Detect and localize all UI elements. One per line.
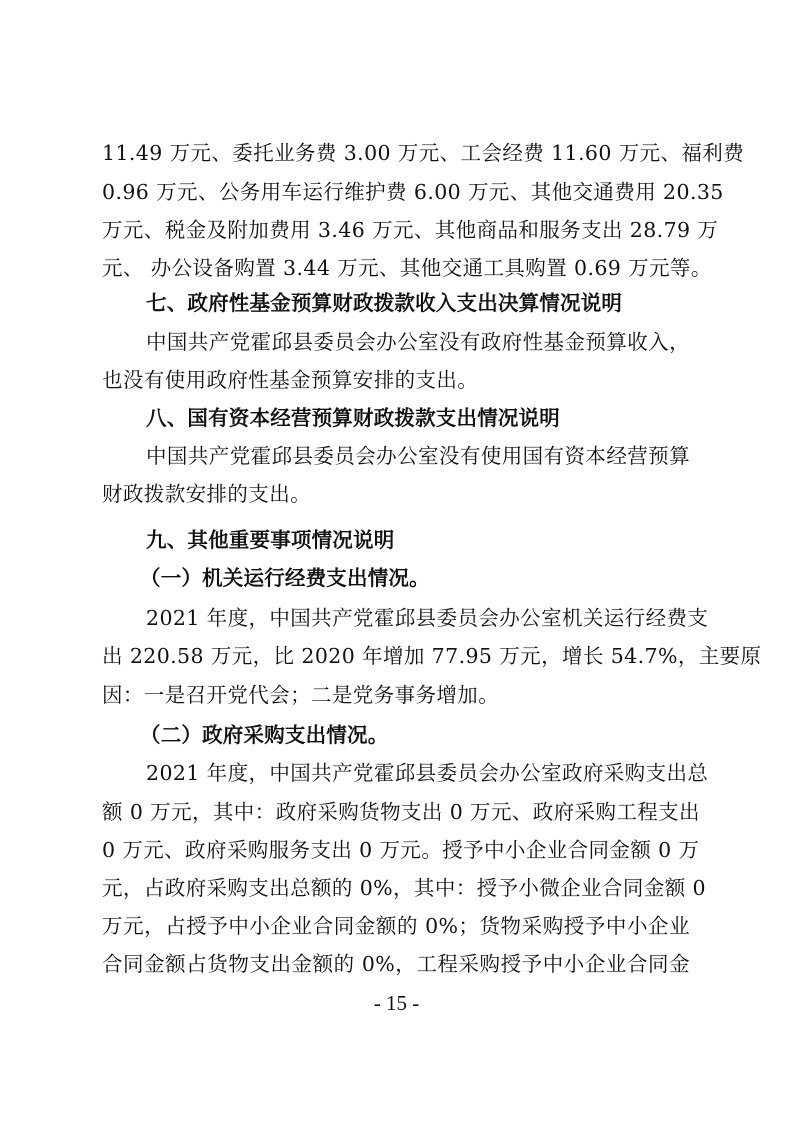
- section-heading-7: 七、政府性基金预算财政拨款收入支出决算情况说明: [146, 284, 622, 322]
- paragraph-line: 0.96 万元、公务用车运行维护费 6.00 万元、其他交通费用 20.35: [102, 173, 690, 211]
- paragraph-line: 财政拨款安排的支出。: [102, 475, 690, 513]
- paragraph-line: 元，占政府采购支出总额的 0%，其中：授予小微企业合同金额 0: [102, 869, 690, 907]
- paragraph-line: 也没有使用政府性基金预算安排的支出。: [102, 361, 690, 399]
- paragraph-line: 万元、税金及附加费用 3.46 万元、其他商品和服务支出 28.79 万: [102, 211, 690, 249]
- paragraph-line: 中国共产党霍邱县委员会办公室没有使用国有资本经营预算: [146, 437, 690, 475]
- subsection-heading-1: （一）机关运行经费支出情况。: [140, 559, 430, 597]
- paragraph-line: 11.49 万元、委托业务费 3.00 万元、工会经费 11.60 万元、福利费: [102, 134, 690, 172]
- paragraph-line: 合同金额占货物支出金额的 0%，工程采购授予中小企业合同金: [102, 945, 690, 983]
- subsection-heading-2: （二）政府采购支出情况。: [140, 716, 388, 754]
- paragraph-line: 0 万元、政府采购服务支出 0 万元。授予中小企业合同金额 0 万: [102, 831, 690, 869]
- paragraph-line: 2021 年度，中国共产党霍邱县委员会办公室政府采购支出总: [146, 754, 690, 792]
- paragraph-line: 中国共产党霍邱县委员会办公室没有政府性基金预算收入，: [146, 323, 690, 361]
- paragraph-line: 出 220.58 万元，比 2020 年增加 77.95 万元，增长 54.7%…: [102, 637, 690, 675]
- paragraph-line: 万元，占授予中小企业合同金额的 0%；货物采购授予中小企业: [102, 907, 690, 945]
- paragraph-line: 额 0 万元，其中：政府采购货物支出 0 万元、政府采购工程支出: [102, 793, 690, 831]
- section-heading-9: 九、其他重要事项情况说明: [146, 521, 394, 559]
- paragraph-line: 元、 办公设备购置 3.44 万元、其他交通工具购置 0.69 万元等。: [102, 249, 690, 287]
- section-heading-8: 八、国有资本经营预算财政拨款支出情况说明: [146, 399, 560, 437]
- document-page: 11.49 万元、委托业务费 3.00 万元、工会经费 11.60 万元、福利费…: [0, 0, 793, 1122]
- page-number: - 15 -: [0, 988, 793, 1018]
- paragraph-line: 2021 年度，中国共产党霍邱县委员会办公室机关运行经费支: [146, 599, 690, 637]
- paragraph-line: 因：一是召开党代会；二是党务事务增加。: [102, 676, 690, 714]
